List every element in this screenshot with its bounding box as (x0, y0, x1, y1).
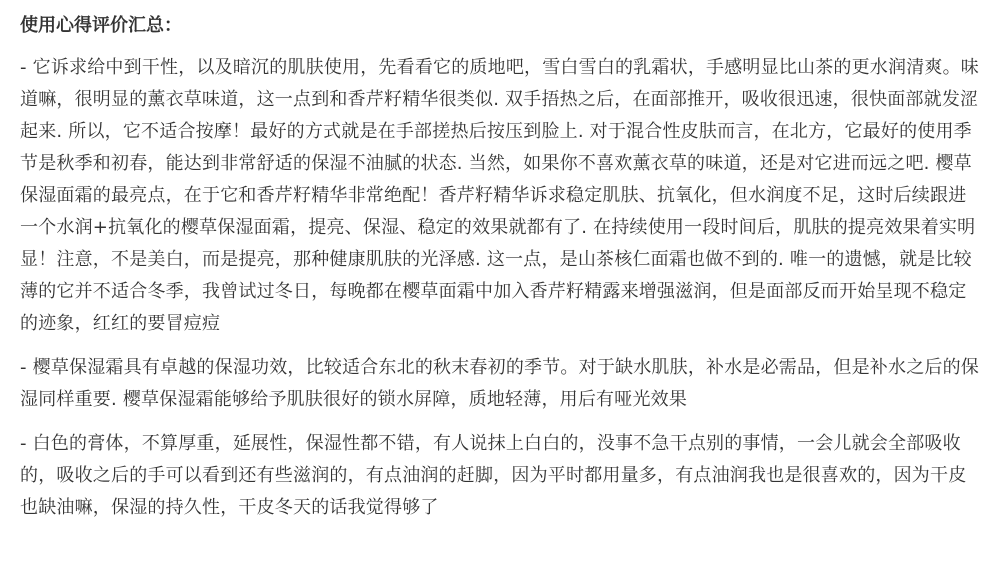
review-paragraph-2: - 樱草保湿霜具有卓越的保湿功效，比较适合东北的秋末春初的季节。对于缺水肌肤，补… (20, 352, 980, 416)
review-paragraph-3: - 白色的膏体，不算厚重，延展性，保湿性都不错，有人说抹上白白的，没事不急干点别… (20, 428, 980, 524)
review-paragraph-1: - 它诉求给中到干性，以及暗沉的肌肤使用，先看看它的质地吧，雪白雪白的乳霜状，手… (20, 52, 980, 340)
review-summary-document: 使用心得评价汇总： - 它诉求给中到干性，以及暗沉的肌肤使用，先看看它的质地吧，… (0, 0, 1000, 524)
document-title: 使用心得评价汇总： (20, 10, 980, 42)
